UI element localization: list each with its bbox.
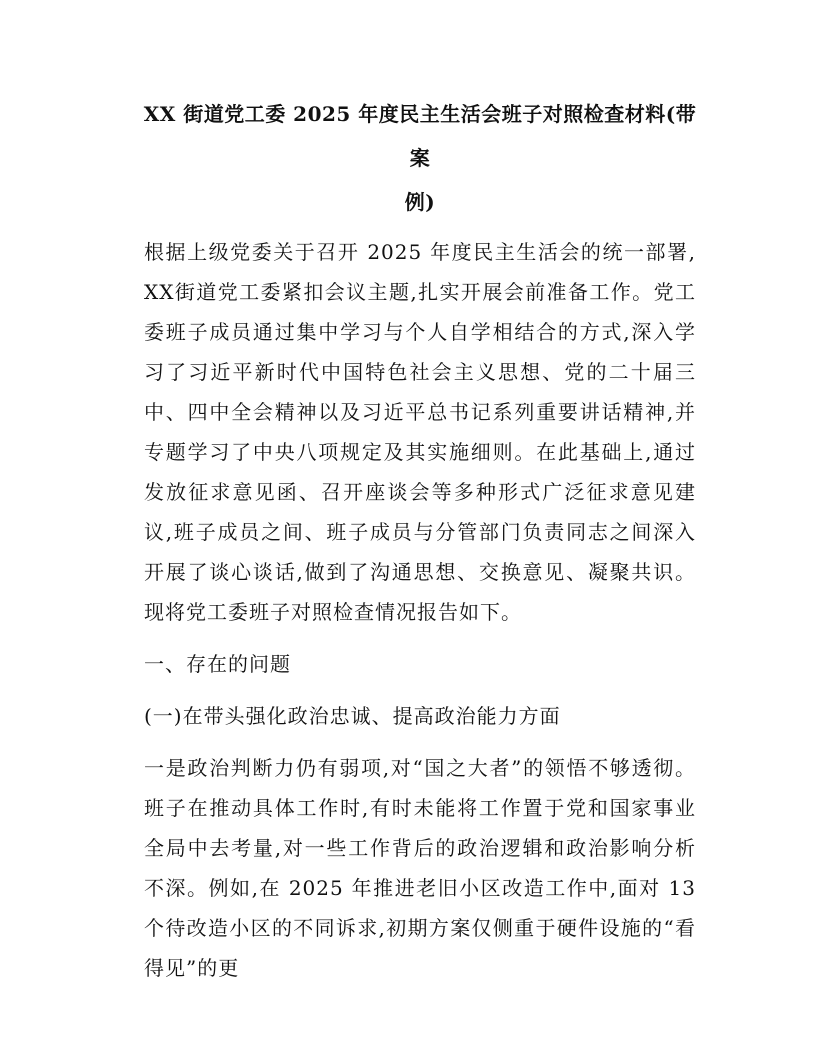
section-heading-problems: 一、存在的问题 [144,644,696,684]
document-body: XX 街道党工委 2025 年度民主生活会班子对照检查材料(带案 例) 根据上级… [144,92,696,988]
title-line-1: XX 街道党工委 2025 年度民主生活会班子对照检查材料(带案 [136,92,704,180]
intro-paragraph: 根据上级党委关于召开 2025 年度民主生活会的统一部署,XX街道党工委紧扣会议… [144,232,696,632]
document-page: XX 街道党工委 2025 年度民主生活会班子对照检查材料(带案 例) 根据上级… [0,0,816,1056]
title-line-2: 例) [136,180,704,224]
document-title: XX 街道党工委 2025 年度民主生活会班子对照检查材料(带案 例) [136,92,704,224]
subsection-paragraph: 一是政治判断力仍有弱项,对“国之大者”的领悟不够透彻。班子在推动具体工作时,有时… [144,748,696,988]
subsection-heading-political-loyalty: (一)在带头强化政治忠诚、提高政治能力方面 [144,696,696,736]
